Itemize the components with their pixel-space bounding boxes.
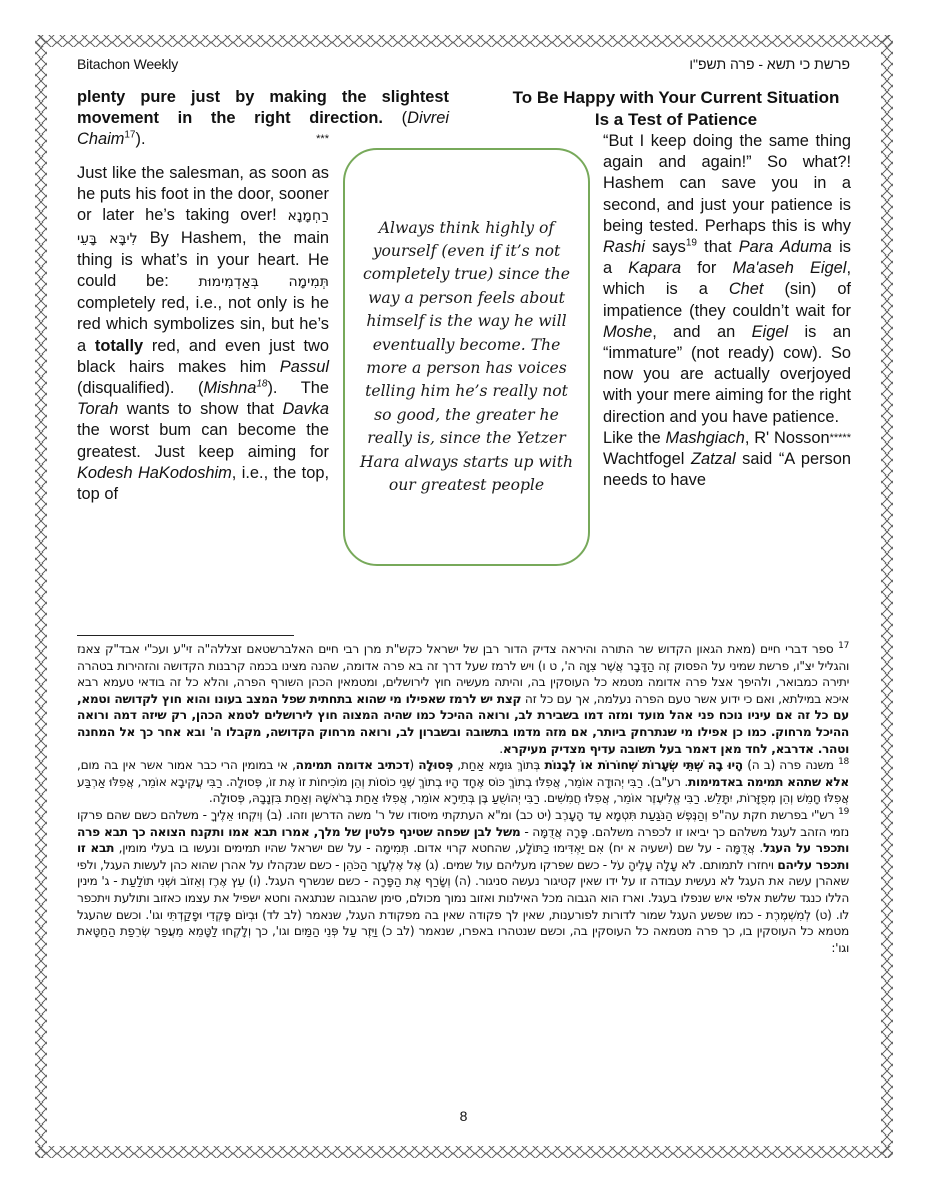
footnote-ref-18[interactable]: 18 <box>256 379 267 390</box>
page-number: 8 <box>0 1108 927 1124</box>
pull-quote-box: Always think highly of yourself (even if… <box>343 148 590 566</box>
decorative-border-left <box>35 35 47 1158</box>
decorative-border-bottom <box>35 1146 893 1158</box>
pull-quote-text: Always think highly of yourself (even if… <box>359 217 574 498</box>
footnote-19: 19 רש"י בפרשת חקת עה"פ וְהַנֶּפֶשׁ הַנֹּ… <box>77 807 849 956</box>
section-separator: *** <box>316 129 329 150</box>
publication-title: Bitachon Weekly <box>77 56 178 72</box>
decorative-border-top <box>35 35 893 47</box>
parsha-title: פרשת כי תשא - פרה תשפ"ו <box>689 56 850 72</box>
footnote-18: 18 משנה פרה (ב ה) הָיוּ בָהּ שְׁתֵּי שְׂ… <box>77 757 849 807</box>
footnote-divider <box>77 635 294 636</box>
article-heading: To Be Happy with Your Current Situation … <box>490 87 862 131</box>
footnote-ref-19[interactable]: 19 <box>686 238 697 249</box>
hebrew-phrase: תְּמִימָה בְּאַדְמִימוּת <box>199 274 329 290</box>
footnote-ref-17[interactable]: 17 <box>124 130 135 141</box>
left-column-intro: plenty pure just by making the slightest… <box>77 87 449 151</box>
section-separator: ***** <box>830 428 851 449</box>
right-column-body: “But I keep doing the same thing again a… <box>603 131 851 491</box>
footnotes-section: 17 ספר דברי חיים (מאת הגאון הקדוש שר התו… <box>77 641 849 956</box>
left-column-body: Just like the salesman, as soon as he pu… <box>77 163 329 505</box>
footnote-17: 17 ספר דברי חיים (מאת הגאון הקדוש שר התו… <box>77 641 849 757</box>
decorative-border-right <box>881 35 893 1158</box>
